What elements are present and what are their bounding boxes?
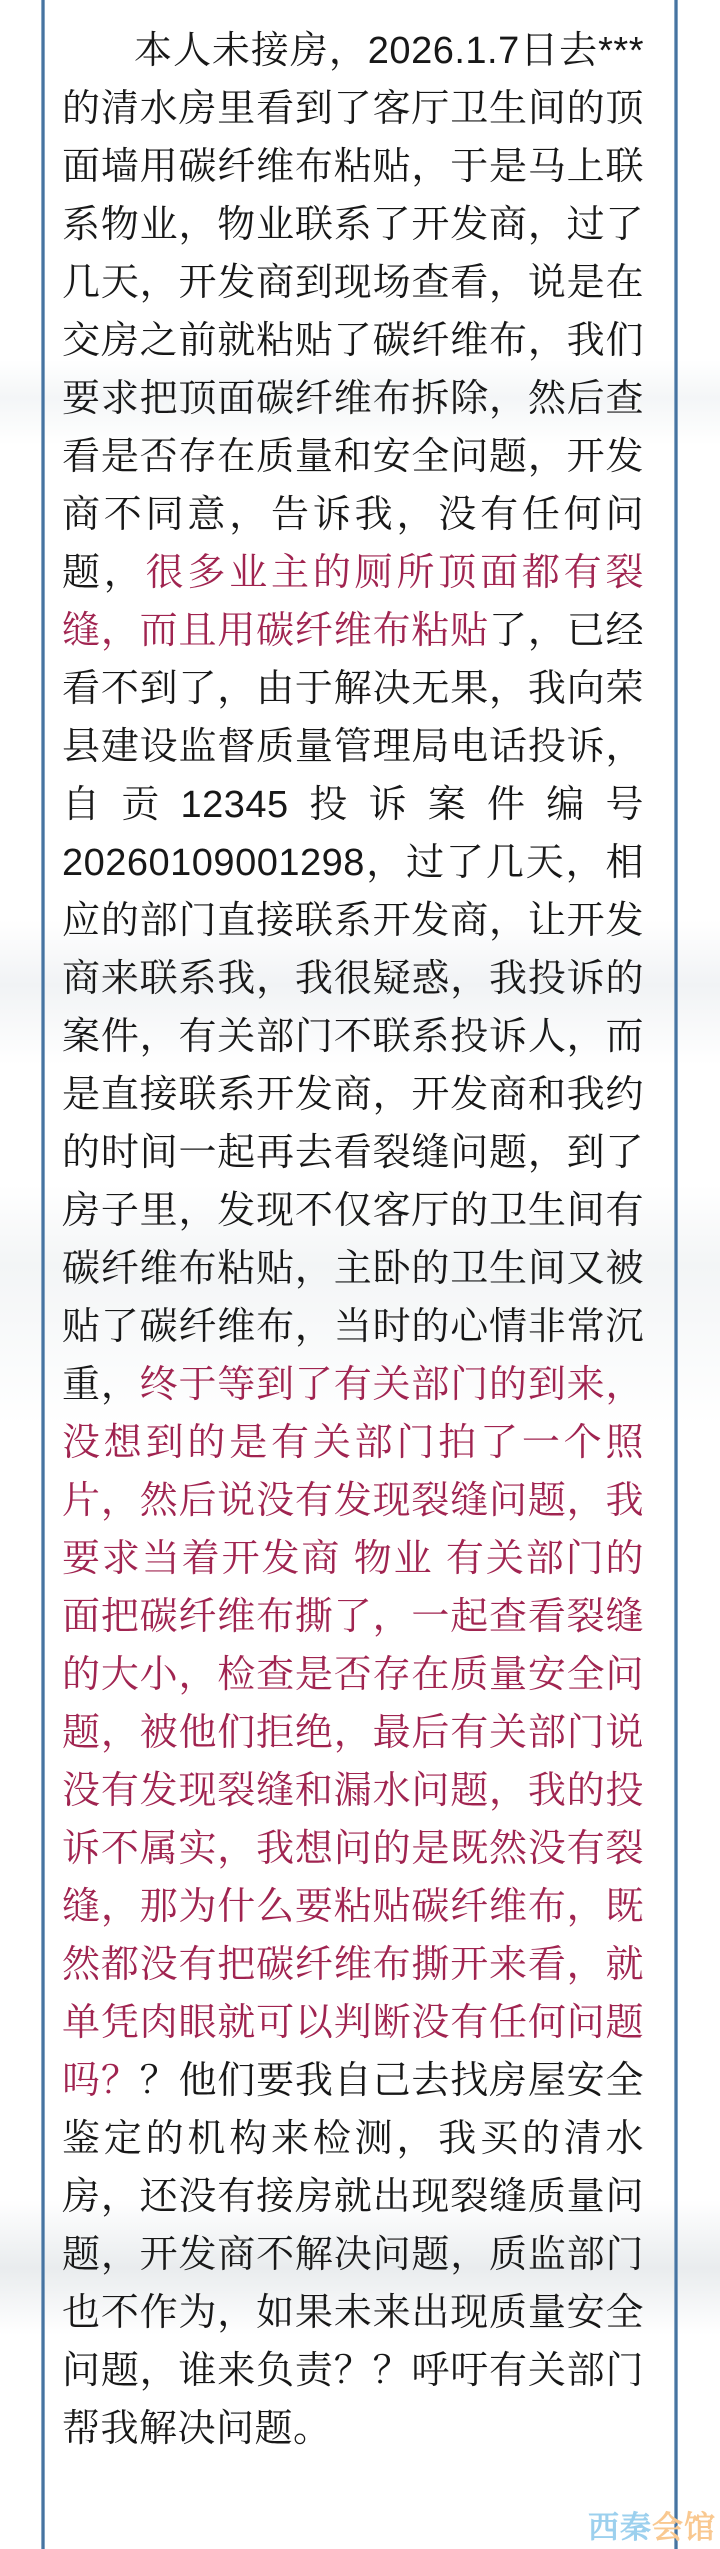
text-segment-black-2: 了，已经看不到了，由于解决无果，我向荣县建设监督质量管理局电话投诉，自贡1234… bbox=[62, 610, 644, 1406]
text-segment-black-3: ？他们要我自己去找房屋安全鉴定的机构来检测，我买的清水房，还没有接房就出现裂缝质… bbox=[62, 2060, 644, 2450]
page-background: { "colors": { "text_black": "#181818", "… bbox=[0, 0, 720, 2549]
post-content-area: 本人未接房，2026.1.7日去***的清水房里看到了客厅卫生间的顶面墙用碳纤维… bbox=[62, 22, 644, 2458]
text-segment-red-2: 终于等到了有关部门的到来，没想到的是有关部门拍了一个照片，然后说没有发现裂缝问题… bbox=[62, 1364, 644, 2102]
left-border-line bbox=[41, 0, 45, 2549]
complaint-paragraph: 本人未接房，2026.1.7日去***的清水房里看到了客厅卫生间的顶面墙用碳纤维… bbox=[62, 22, 644, 2458]
text-segment-black-1: 本人未接房，2026.1.7日去***的清水房里看到了客厅卫生间的顶面墙用碳纤维… bbox=[62, 30, 644, 594]
watermark-orange-part: 会馆 bbox=[652, 2510, 716, 2545]
watermark-blue-part: 西秦 bbox=[588, 2510, 652, 2545]
site-watermark: 西秦会馆 bbox=[588, 2502, 716, 2547]
right-border-line bbox=[674, 0, 678, 2549]
